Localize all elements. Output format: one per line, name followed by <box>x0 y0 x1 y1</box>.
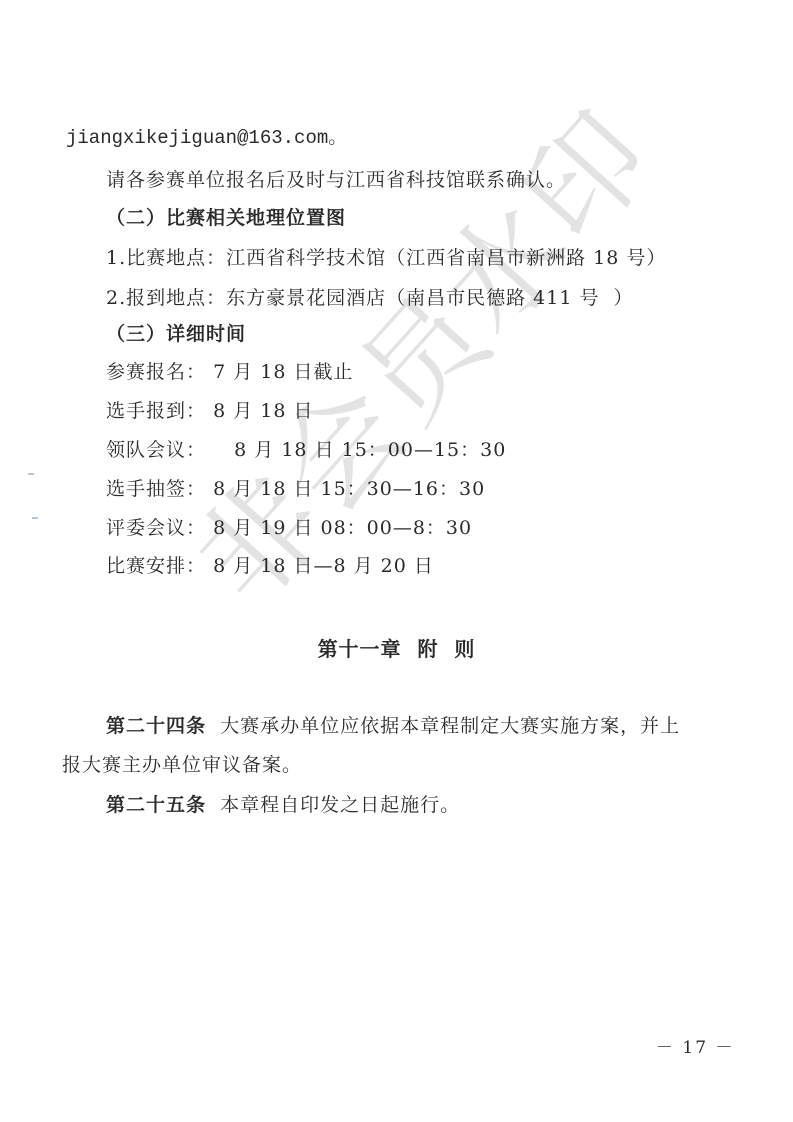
watermark: 非会员水印 <box>150 67 685 634</box>
schedule-row: 领队会议： 8 月 18 日 15：00—15：30 <box>106 438 506 462</box>
schedule-value: 8 月 18 日 <box>213 400 313 422</box>
location-item-1: 1.比赛地点：江西省科学技术馆（江西省南昌市新洲路 18 号） <box>106 246 666 270</box>
schedule-value: 8 月 18 日—8 月 20 日 <box>213 555 434 577</box>
schedule-row: 评委会议： 8 月 19 日 08：00—8：30 <box>106 516 472 540</box>
article-25: 第二十五条 本章程自印发之日起施行。 <box>106 793 460 817</box>
schedule-value: 8 月 18 日 15：30—16：30 <box>213 478 485 500</box>
article-number: 第二十五条 <box>106 794 206 816</box>
scan-mark <box>28 473 34 475</box>
article-24-continued: 报大赛主办单位审议备案。 <box>62 753 302 777</box>
schedule-row: 选手报到： 8 月 18 日 <box>106 399 313 423</box>
schedule-value: 7 月 18 日截止 <box>213 361 353 383</box>
schedule-label: 选手抽签： <box>106 478 206 500</box>
schedule-row: 选手抽签： 8 月 18 日 15：30—16：30 <box>106 477 485 501</box>
section3-heading: （三）详细时间 <box>106 322 246 346</box>
schedule-label: 参赛报名： <box>106 361 206 383</box>
section2-heading: （二）比赛相关地理位置图 <box>106 206 346 230</box>
chapter-title: 第十一章 附 则 <box>0 633 793 662</box>
schedule-label: 领队会议： <box>106 439 206 461</box>
location-item-2: 2.报到地点：东方豪景花园酒店（南昌市民德路 411 号 ） <box>106 286 634 310</box>
article-text: 大赛承办单位应依据本章程制定大赛实施方案，并上 <box>220 715 680 737</box>
schedule-row: 比赛安排： 8 月 18 日—8 月 20 日 <box>106 554 434 578</box>
schedule-label: 比赛安排： <box>106 555 206 577</box>
confirm-line: 请各参赛单位报名后及时与江西省科技馆联系确认。 <box>106 168 566 192</box>
scan-mark <box>32 517 38 519</box>
schedule-value: 8 月 19 日 08：00—8：30 <box>213 517 472 539</box>
email-line: jiangxikejiguan@163.com。 <box>66 126 347 150</box>
schedule-row: 参赛报名： 7 月 18 日截止 <box>106 360 353 384</box>
page-number: － 17 － <box>656 1033 734 1058</box>
schedule-label: 选手报到： <box>106 400 206 422</box>
article-number: 第二十四条 <box>106 715 206 737</box>
schedule-value: 8 月 18 日 15：00—15：30 <box>213 439 506 461</box>
article-24: 第二十四条 大赛承办单位应依据本章程制定大赛实施方案，并上 <box>106 714 680 738</box>
schedule-label: 评委会议： <box>106 517 206 539</box>
article-text: 本章程自印发之日起施行。 <box>220 794 460 816</box>
